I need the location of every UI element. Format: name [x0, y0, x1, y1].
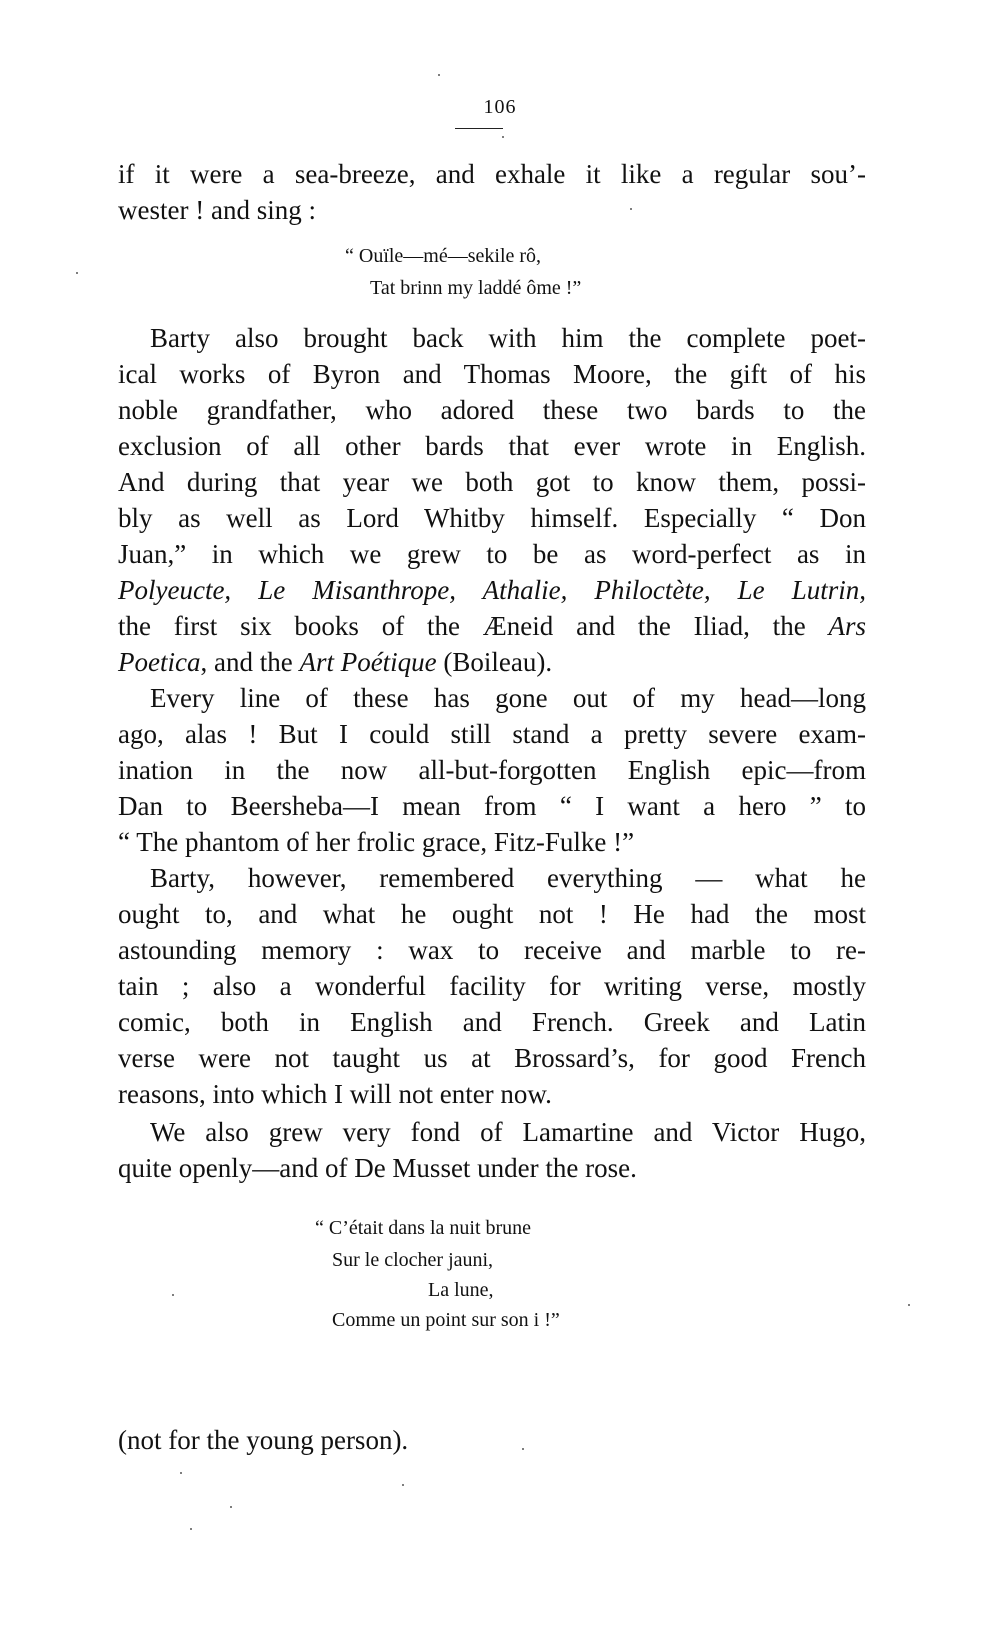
scan-speck [172, 1294, 174, 1296]
text-line: ought to, and what he ought not ! He had… [118, 896, 866, 932]
text-line: quite openly—and of De Musset under the … [118, 1150, 866, 1186]
text-span: (Boileau). [437, 647, 552, 677]
text-line: “ The phantom of her frolic grace, Fitz-… [118, 824, 866, 860]
text-line: Barty, however, remembered everything — … [150, 860, 866, 896]
verse-line: La lune, [428, 1276, 494, 1304]
scan-speck [402, 1484, 404, 1486]
scan-speck [230, 1506, 232, 1508]
text-span: , and the [200, 647, 299, 677]
text-line: Juan,” in which we grew to be as word-pe… [118, 536, 866, 572]
text-line: exclusion of all other bards that ever w… [118, 428, 866, 464]
text-line: ination in the now all-but-forgotten Eng… [118, 752, 866, 788]
scan-speck [190, 1528, 192, 1530]
text-line: Barty also brought back with him the com… [150, 320, 866, 356]
page-number: 106 [0, 96, 1000, 119]
text-line: And during that year we both got to know… [118, 464, 866, 500]
text-line: ago, alas ! But I could still stand a pr… [118, 716, 866, 752]
text-line: tain ; also a wonderful facility for wri… [118, 968, 866, 1004]
text-line: astounding memory : wax to receive and m… [118, 932, 866, 968]
verse-line: Tat brinn my laddé ôme !” [370, 274, 581, 302]
text-span: the first six books of the Æneid and the… [118, 611, 828, 641]
scan-speck [630, 208, 632, 210]
text-line: comic, both in English and French. Greek… [118, 1004, 866, 1040]
verse-line: Sur le clocher jauni, [332, 1246, 493, 1274]
text-line: Every line of these has gone out of my h… [150, 680, 866, 716]
text-line: the first six books of the Æneid and the… [118, 608, 866, 644]
verse-line: “ C’était dans la nuit brune [315, 1214, 531, 1242]
italic-span: Art Poétique [299, 647, 436, 677]
italic-span: Poetica [118, 647, 200, 677]
italic-titles: Polyeucte, Le Misanthrope, Athalie, Phil… [118, 575, 866, 605]
text-line: (not for the young person). [118, 1422, 866, 1458]
text-line: Poetica, and the Art Poétique (Boileau). [118, 644, 866, 680]
text-line: ical works of Byron and Thomas Moore, th… [118, 356, 866, 392]
text-line: bly as well as Lord Whitby himself. Espe… [118, 500, 866, 536]
verse-line: “ Ouïle—mé—sekile rô, [345, 242, 541, 270]
verse-line: Comme un point sur son i !” [332, 1306, 560, 1334]
italic-span: Ars [828, 611, 866, 641]
text-line: reasons, into which I will not enter now… [118, 1076, 866, 1112]
scan-speck [438, 74, 440, 76]
text-line: We also grew very fond of Lamartine and … [150, 1114, 866, 1150]
page-number-rule [455, 128, 503, 129]
text-line: if it were a sea-breeze, and exhale it l… [118, 156, 866, 192]
scan-speck [522, 1448, 524, 1450]
scan-speck [908, 1304, 910, 1306]
scan-speck [76, 272, 78, 274]
scan-speck [502, 136, 504, 138]
text-line: wester ! and sing : [118, 192, 866, 228]
scan-speck [180, 1472, 182, 1474]
text-line-italic: Polyeucte, Le Misanthrope, Athalie, Phil… [118, 572, 866, 608]
text-line: noble grandfather, who adored these two … [118, 392, 866, 428]
text-line: verse were not taught us at Brossard’s, … [118, 1040, 866, 1076]
text-line: Dan to Beersheba—I mean from “ I want a … [118, 788, 866, 824]
